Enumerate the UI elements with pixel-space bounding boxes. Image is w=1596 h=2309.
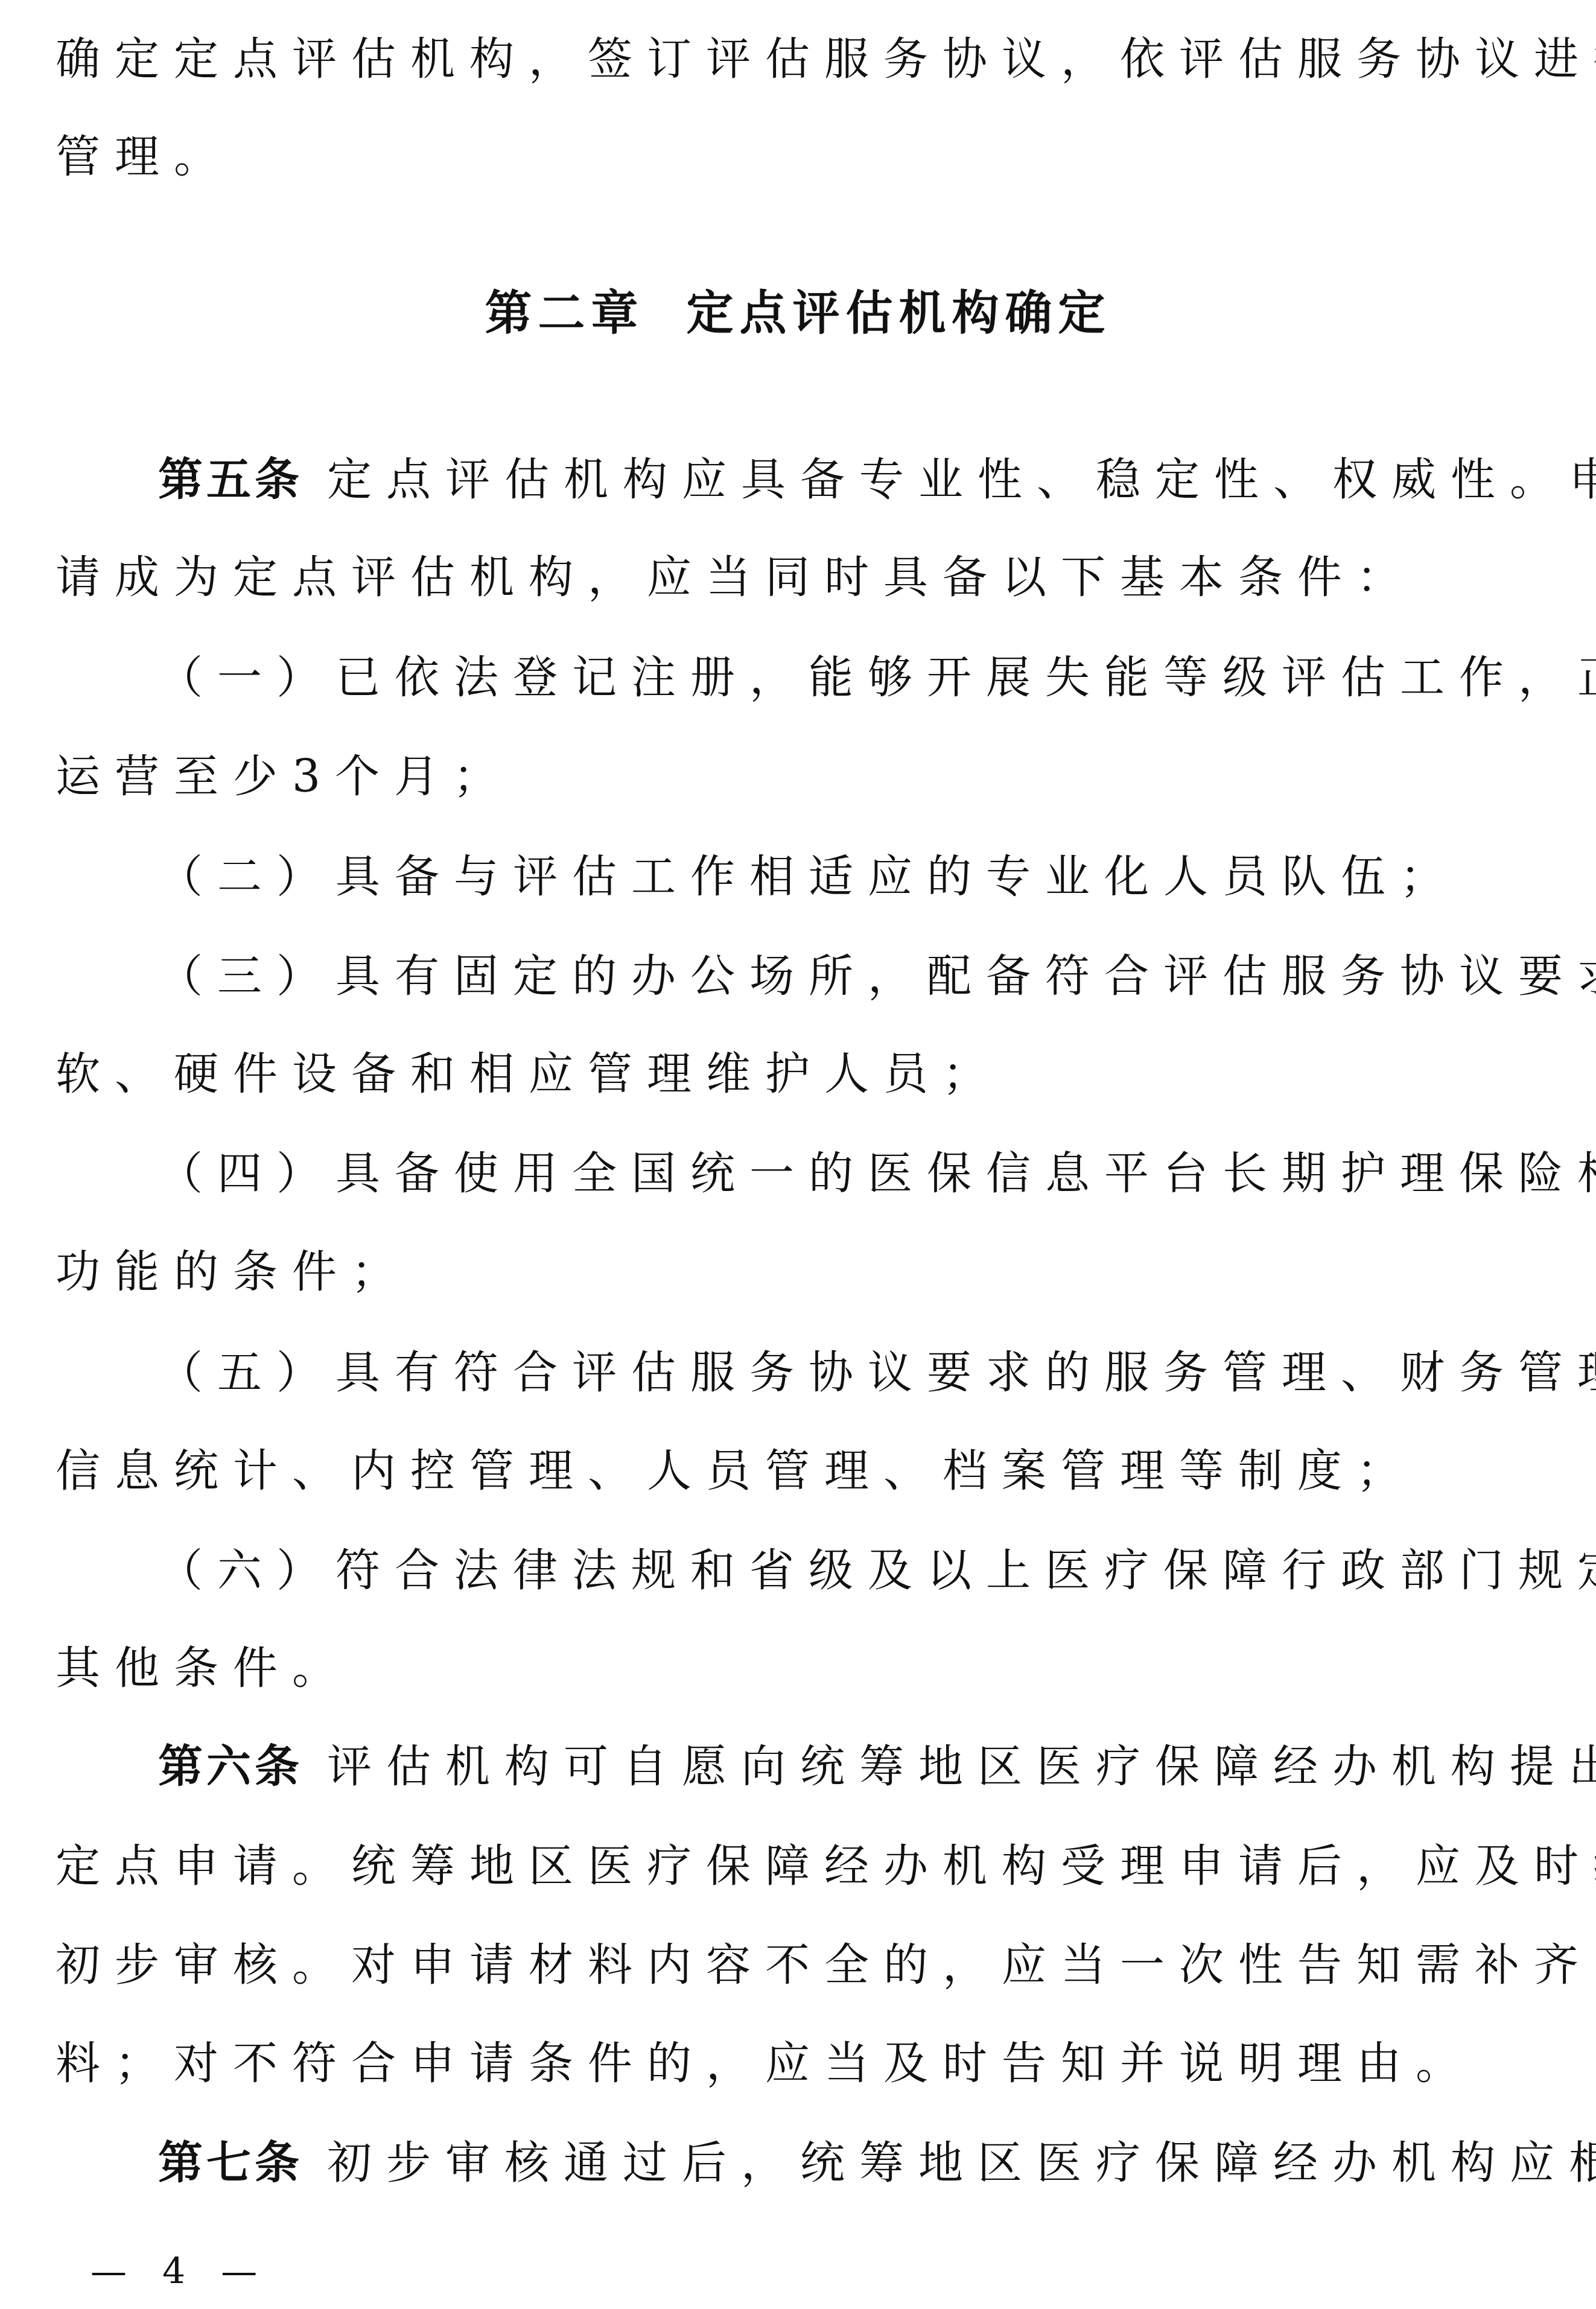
- list-item-1-cont: 运营至少3个月；: [56, 746, 1546, 807]
- document-page: 确定定点评估机构，签订评估服务协议，依评估服务协议进行 管理。 第二章定点评估机…: [0, 0, 1596, 2309]
- list-item-1: （一）已依法登记注册，能够开展失能等级评估工作，正式: [158, 647, 1546, 708]
- chapter-heading: 第二章定点评估机构确定: [0, 284, 1596, 344]
- list-item-2: （二）具备与评估工作相适应的专业化人员队伍；: [158, 846, 1546, 907]
- paragraph-line: 初步审核。对申请材料内容不全的，应当一次性告知需补齐的材: [56, 1935, 1546, 1995]
- paragraph-line: 确定定点评估机构，签订评估服务协议，依评估服务协议进行: [56, 29, 1546, 89]
- paragraph-line: 管理。: [56, 127, 1546, 187]
- list-item-3-cont: 软、硬件设备和相应管理维护人员；: [56, 1044, 1546, 1104]
- paragraph-line: 定点申请。统筹地区医疗保障经办机构受理申请后，应及时组织: [56, 1836, 1546, 1896]
- article-6-first-line: 第六条评估机构可自愿向统筹地区医疗保障经办机构提出: [158, 1736, 1546, 1797]
- article-label: 第六条: [158, 1741, 303, 1793]
- list-item-4: （四）具备使用全国统一的医保信息平台长期护理保险相关: [158, 1143, 1546, 1204]
- list-item-5: （五）具有符合评估服务协议要求的服务管理、财务管理、: [158, 1342, 1546, 1403]
- article-5-first-line: 第五条定点评估机构应具备专业性、稳定性、权威性。申: [158, 449, 1546, 510]
- article-7-first-line: 第七条初步审核通过后，统筹地区医疗保障经办机构应根: [158, 2133, 1546, 2193]
- list-item-6-cont: 其他条件。: [56, 1638, 1546, 1698]
- paragraph-line: 料；对不符合申请条件的，应当及时告知并说明理由。: [56, 2033, 1546, 2094]
- article-label: 第五条: [158, 454, 303, 506]
- list-item-5-cont: 信息统计、内控管理、人员管理、档案管理等制度；: [56, 1441, 1546, 1501]
- list-item-3: （三）具有固定的办公场所，配备符合评估服务协议要求的: [158, 946, 1546, 1006]
- chapter-title: 定点评估机构确定: [687, 287, 1111, 341]
- page-number: — 4 —: [91, 2247, 269, 2296]
- chapter-number: 第二章: [485, 287, 644, 341]
- list-item-6: （六）符合法律法规和省级及以上医疗保障行政部门规定的: [158, 1540, 1546, 1601]
- article-label: 第七条: [158, 2137, 303, 2189]
- list-item-4-cont: 功能的条件；: [56, 1242, 1546, 1302]
- paragraph-line: 请成为定点评估机构，应当同时具备以下基本条件：: [56, 547, 1546, 608]
